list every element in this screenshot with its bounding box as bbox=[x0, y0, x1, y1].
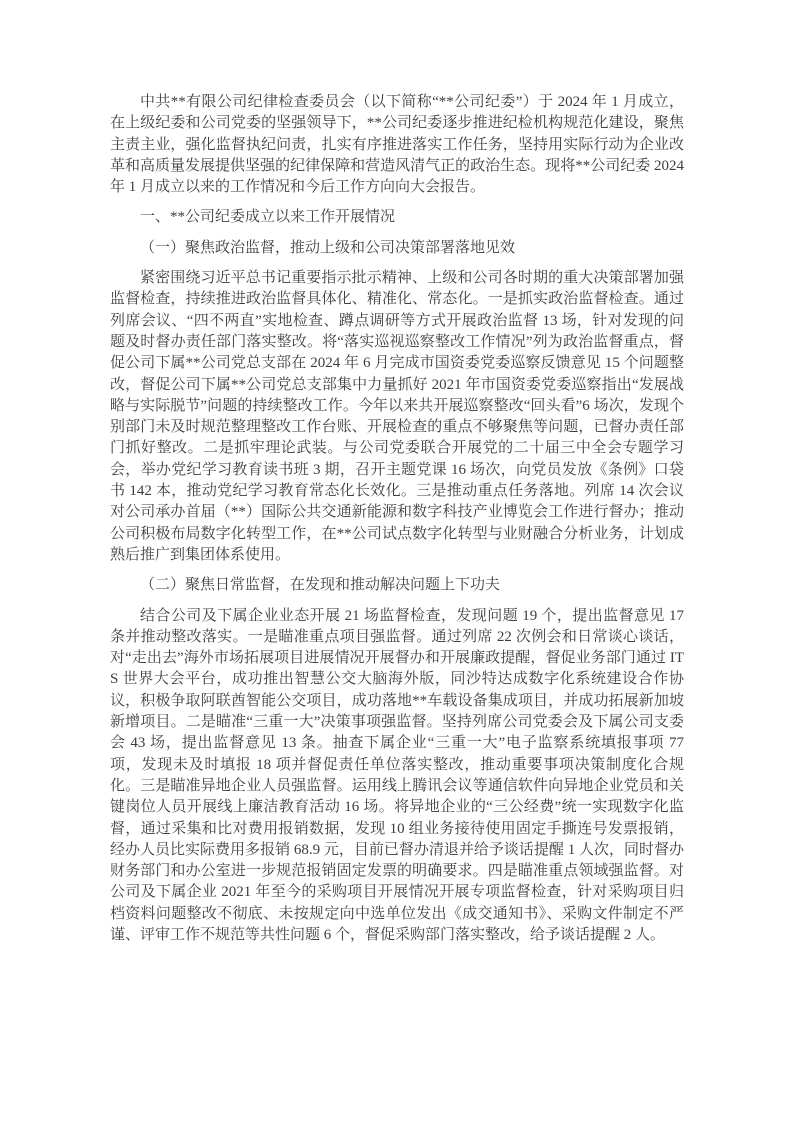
document-page: 中共**有限公司纪律检查委员会（以下简称“**公司纪委”）于 2024 年 1 … bbox=[0, 0, 793, 1122]
section-heading-1: 一、**公司纪委成立以来工作开展情况 bbox=[110, 207, 684, 228]
paragraph-intro: 中共**有限公司纪律检查委员会（以下简称“**公司纪委”）于 2024 年 1 … bbox=[110, 92, 684, 198]
paragraph-political-supervision: 紧密围绕习近平总书记重要指示批示精神、上级和公司各时期的重大决策部署加强监督检查… bbox=[110, 268, 684, 566]
subsection-heading-1-2: （二）聚焦日常监督，在发现和推动解决问题上下功夫 bbox=[110, 575, 684, 596]
subsection-heading-1-1: （一）聚焦政治监督，推动上级和公司决策部署落地见效 bbox=[110, 238, 684, 259]
paragraph-daily-supervision: 结合公司及下属企业业态开展 21 场监督检查，发现问题 19 个，提出监督意见 … bbox=[110, 606, 684, 947]
